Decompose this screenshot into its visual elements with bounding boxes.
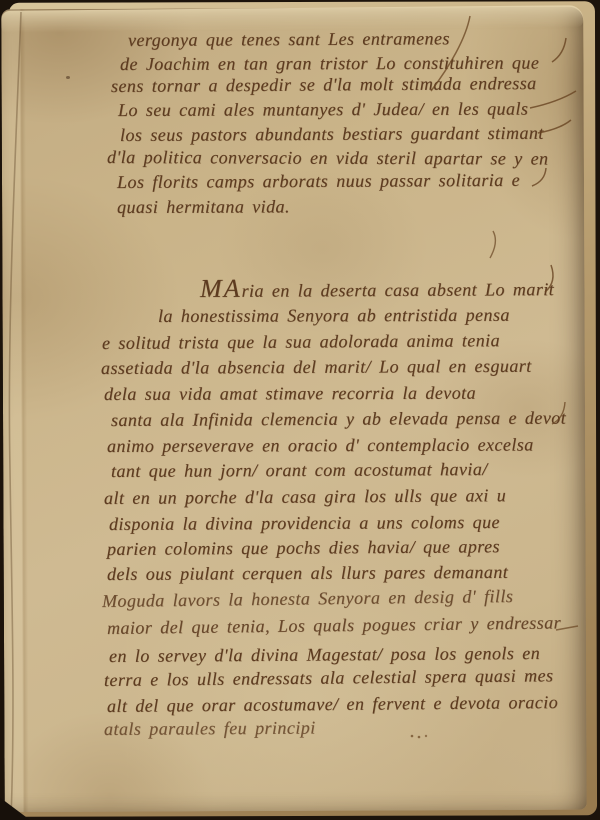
manuscript-line: de Joachim en tan gran tristor Lo consti… — [120, 53, 539, 75]
manuscript-line: alt en un porche d'la casa gira los ulls… — [104, 485, 506, 509]
manuscript-line: d'la politica conversacio en vida steril… — [107, 147, 549, 170]
ink-speck — [66, 76, 70, 79]
manuscript-line: quasi hermitana vida. — [117, 196, 290, 218]
manuscript-line-with-initial: MAria en la deserta casa absent Lo marit — [200, 272, 554, 304]
manuscript-line: en lo servey d'la divina Magestat/ posa … — [109, 643, 540, 667]
manuscript-line: dels ous piulant cerquen als llurs pares… — [107, 562, 508, 585]
manuscript-line: atals paraules feu principi — [104, 718, 316, 740]
manuscript-line: parien colomins que pochs dies havia/ qu… — [107, 536, 500, 560]
manuscript-line: la honestissima Senyora ab entristida pe… — [158, 305, 510, 327]
manuscript-line: Los florits camps arborats nuus passar s… — [117, 170, 520, 193]
manuscript-line: maior del que tenia, Los quals pogues cr… — [107, 612, 561, 639]
manuscript-line: disponia la divina providencia a uns col… — [109, 512, 500, 535]
manuscript-line: assetiada d'la absencia del marit/ Lo qu… — [101, 356, 532, 379]
manuscript-line: Moguda lavors la honesta Senyora en desi… — [102, 586, 514, 612]
manuscript-line: santa ala Infinida clemencia y ab elevad… — [111, 408, 566, 431]
manuscript-line: e solitud trista que la sua adolorada an… — [102, 330, 500, 354]
manuscript-line: animo perseverave en oracio d' contempla… — [107, 435, 534, 457]
manuscript-line: tant que hun jorn/ orant com acostumat h… — [111, 459, 488, 482]
manuscript-line: terra e los ulls endressats ala celestia… — [104, 665, 554, 691]
drop-initial: MA — [200, 274, 242, 303]
manuscript-line: vergonya que tenes sant Les entramenes — [128, 28, 450, 51]
manuscript-line: alt del que orar acostumave/ en fervent … — [107, 692, 558, 717]
manuscript-line: dela sua vida amat stimave recorria la d… — [104, 383, 476, 405]
manuscript-photo: vergonya que tenes sant Les entramenes d… — [0, 0, 600, 820]
manuscript-text-block: vergonya que tenes sant Les entramenes d… — [0, 0, 600, 820]
manuscript-line: los seus pastors abundants bestiars guar… — [120, 123, 544, 146]
manuscript-line-text: ria en la deserta casa absent Lo marit — [242, 279, 555, 301]
manuscript-line: sens tornar a despedir se d'la molt stim… — [111, 73, 537, 97]
manuscript-line: Lo seu cami ales muntanyes d' Judea/ en … — [118, 99, 528, 121]
